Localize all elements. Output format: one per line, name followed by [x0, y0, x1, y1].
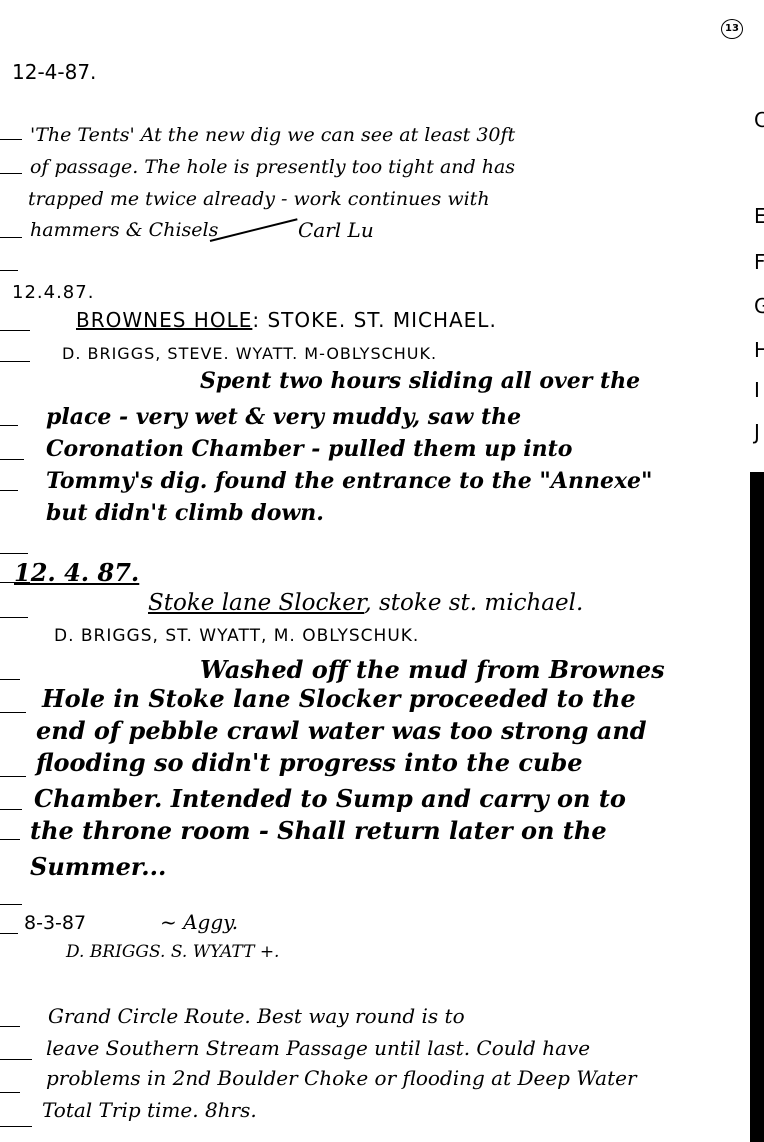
party-members: D. BRIGGS. S. WYATT +.: [66, 942, 279, 962]
party-members: D. BRIGGS, STEVE. WYATT. M-OBLYSCHUK.: [62, 344, 437, 363]
signature: Carl Lu: [298, 218, 374, 242]
ruled-line: [0, 173, 22, 174]
ruled-line: [0, 776, 26, 777]
ruled-line: [0, 679, 20, 680]
cave-locality: : STOKE. ST. MICHAEL.: [252, 308, 496, 332]
signature-underline: [210, 218, 298, 242]
entry-text-line: trapped me twice already - work continue…: [28, 188, 490, 210]
page-number: 13: [721, 19, 743, 39]
entry-date: 12. 4. 87.: [14, 558, 139, 587]
entry-text-line: Total Trip time. 8hrs.: [42, 1098, 257, 1122]
ruled-line: [0, 617, 28, 618]
ruled-line: [0, 237, 22, 238]
party-members: D. BRIGGS, ST. WYATT, M. OBLYSCHUK.: [54, 626, 419, 646]
index-tab-letter: I: [754, 378, 760, 402]
entry-text-line: Coronation Chamber - pulled them up into: [46, 436, 572, 462]
entry-text-line: but didn't climb down.: [46, 500, 324, 526]
notebook-page: 13 C E F G H I J 12-4-87. 'The Tents' At…: [0, 0, 764, 1142]
cave-locality: , stoke st. michael.: [364, 590, 583, 616]
ruled-line: [0, 933, 18, 934]
entry-text-line: problems in 2nd Boulder Choke or floodin…: [46, 1066, 637, 1090]
entry-date: 8-3-87: [24, 912, 86, 934]
entry-location: ~ Aggy.: [160, 910, 238, 934]
entry-text-line: end of pebble crawl water was too strong…: [36, 716, 647, 745]
entry-text-line: leave Southern Stream Passage until last…: [46, 1036, 590, 1060]
entry-text-line: of passage. The hole is presently too ti…: [30, 156, 515, 178]
ruled-line: [0, 1026, 20, 1027]
ruled-line: [0, 553, 28, 554]
entry-text-line: 'The Tents' At the new dig we can see at…: [30, 124, 515, 146]
ruled-line: [0, 330, 30, 331]
ruled-line: [0, 490, 18, 491]
ruled-line: [0, 809, 22, 810]
entry-text-line: Washed off the mud from Brownes: [200, 655, 665, 684]
entry-location-line: Stoke lane Slocker, stoke st. michael.: [148, 590, 583, 616]
index-tab-letter: F: [754, 250, 764, 274]
entry-text-line: Hole in Stoke lane Slocker proceeded to …: [42, 684, 636, 713]
entry-text-line: Spent two hours sliding all over the: [200, 368, 640, 394]
page-edge-shadow: [750, 472, 764, 1142]
index-tab-letter: E: [754, 204, 764, 228]
ruled-line: [0, 712, 26, 713]
ruled-line: [0, 425, 18, 426]
entry-location-line: BROWNES HOLE: STOKE. ST. MICHAEL.: [76, 308, 497, 332]
entry-text-line: the throne room - Shall return later on …: [30, 816, 607, 845]
ruled-line: [0, 270, 18, 271]
entry-text-line: Summer...: [30, 852, 166, 881]
entry-date: 12.4.87.: [12, 282, 94, 303]
ruled-line: [0, 1092, 20, 1093]
index-tab-letter: G: [754, 294, 764, 318]
index-tab-letter: J: [754, 420, 760, 444]
index-tab-letter: C: [754, 108, 764, 132]
ruled-line: [0, 839, 20, 840]
cave-name: BROWNES HOLE: [76, 308, 252, 332]
ruled-line: [0, 1059, 32, 1060]
entry-text-line: Tommy's dig. found the entrance to the "…: [46, 468, 653, 494]
ruled-line: [0, 361, 30, 362]
entry-date: 12-4-87.: [12, 60, 96, 84]
entry-text-line: flooding so didn't progress into the cub…: [36, 748, 583, 777]
entry-text-line: hammers & Chisels: [30, 219, 218, 241]
ruled-line: [0, 459, 24, 460]
ruled-line: [0, 139, 22, 140]
index-tab-letter: H: [754, 338, 764, 362]
ruled-line: [0, 904, 22, 905]
entry-text-line: Grand Circle Route. Best way round is to: [48, 1004, 465, 1028]
cave-name: Stoke lane Slocker: [148, 590, 364, 616]
entry-text-line: Chamber. Intended to Sump and carry on t…: [34, 784, 626, 813]
entry-text-line: place - very wet & very muddy, saw the: [46, 404, 521, 430]
ruled-line: [0, 1126, 32, 1127]
